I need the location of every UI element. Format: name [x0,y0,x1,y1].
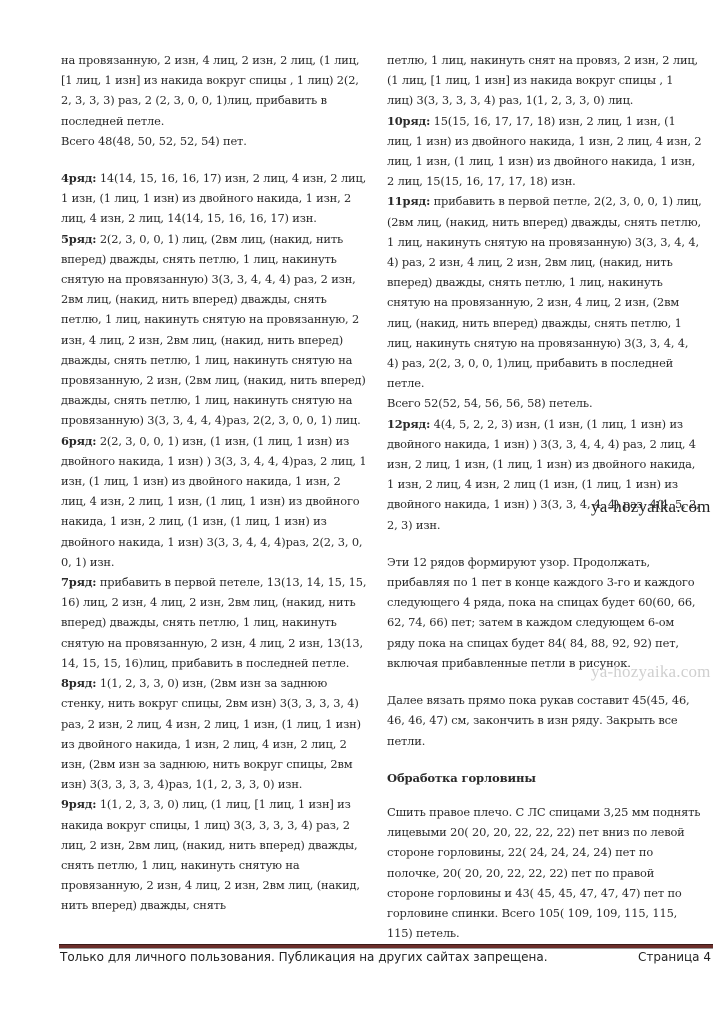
watermark-faint: ya-hozyaika.com [591,662,711,682]
left-column: на провязанную, 2 изн, 4 лиц, 2 изн, 2 л… [61,50,367,916]
row-label: 5ряд: [61,232,96,246]
row-9: 9ряд: 1(1, 2, 3, 3, 0) лиц, (1 лиц, [1 л… [61,794,367,915]
straight-paragraph: Далее вязать прямо пока рукав составит 4… [387,690,702,751]
row-text: 2(2, 3, 0, 0, 1) лиц, (2вм лиц, (накид, … [61,232,366,428]
row-label: 4ряд: [61,171,96,185]
document-page: на провязанную, 2 изн, 4 лиц, 2 изн, 2 л… [0,0,723,1024]
row-label: 10ряд: [387,114,430,128]
row-text: 2(2, 3, 0, 0, 1) изн, (1 изн, (1 лиц, 1 … [61,434,366,569]
page-footer: Только для личного пользования. Публикац… [60,950,711,964]
row-8: 8ряд: 1(1, 2, 3, 3, 0) изн, (2вм изн за … [61,673,367,794]
row-11-total: Всего 52(52, 54, 56, 56, 58) петель. [387,396,592,410]
row-text: прибавить в первой петеле, 13(13, 14, 15… [61,575,366,670]
neckline-paragraph: Сшить правое плечо. С ЛС спицами 3,25 мм… [387,802,702,943]
row-7: 7ряд: прибавить в первой петеле, 13(13, … [61,572,367,673]
row-label: 12ряд: [387,417,430,431]
row-text: 1(1, 2, 3, 3, 0) лиц, (1 лиц, [1 лиц, 1 … [61,797,360,912]
row-label: 7ряд: [61,575,96,589]
row-10: 10ряд: 15(15, 16, 17, 17, 18) изн, 2 лиц… [387,111,702,192]
row-text: 1(1, 2, 3, 3, 0) изн, (2вм изн за заднюю… [61,676,361,791]
row-text: прибавить в первой петле, 2(2, 3, 0, 0, … [387,194,702,390]
row-5: 5ряд: 2(2, 3, 0, 0, 1) лиц, (2вм лиц, (н… [61,229,367,431]
footer-notice: Только для личного пользования. Публикац… [60,950,548,964]
pattern-paragraph: Эти 12 рядов формируют узор. Продолжать,… [387,552,702,673]
row-9-continuation: петлю, 1 лиц, накинуть снят на провяз, 2… [387,50,702,111]
row-6: 6ряд: 2(2, 3, 0, 0, 1) изн, (1 изн, (1 л… [61,431,367,572]
row-11: 11ряд: прибавить в первой петле, 2(2, 3,… [387,191,702,413]
neckline-heading: Обработка горловины [387,768,702,788]
row-label: 9ряд: [61,797,96,811]
watermark: ya-hozyaika.com [591,497,711,517]
page-number: Страница 4 [638,950,711,964]
row-label: 8ряд: [61,676,96,690]
intro-total: Всего 48(48, 50, 52, 52, 54) пет. [61,134,247,148]
row-label: 11ряд: [387,194,430,208]
row-4: 4ряд: 14(14, 15, 16, 16, 17) изн, 2 лиц,… [61,168,367,229]
intro-text: на провязанную, 2 изн, 4 лиц, 2 изн, 2 л… [61,53,359,128]
row-text: 15(15, 16, 17, 17, 18) изн, 2 лиц, 1 изн… [387,114,701,189]
intro-paragraph: на провязанную, 2 изн, 4 лиц, 2 изн, 2 л… [61,50,367,151]
row-text: 14(14, 15, 16, 16, 17) изн, 2 лиц, 4 изн… [61,171,366,225]
footer-divider [59,944,713,949]
row-label: 6ряд: [61,434,96,448]
